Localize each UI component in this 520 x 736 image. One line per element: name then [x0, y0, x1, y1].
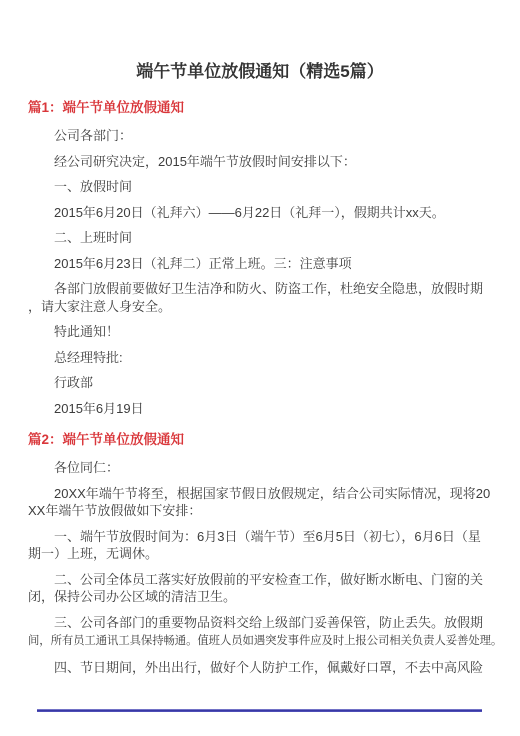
paragraph: 总经理特批: — [28, 349, 508, 367]
document-title: 端午节单位放假通知（精选5篇） — [0, 0, 520, 85]
document-page: 端午节单位放假通知（精选5篇） 篇1：端午节单位放假通知 公司各部门： 经公司研… — [0, 0, 520, 736]
document-content: 篇1：端午节单位放假通知 公司各部门： 经公司研究决定，2015年端午节放假时间… — [0, 99, 520, 676]
paragraph: 行政部 — [28, 374, 508, 392]
paragraph: 各位同仁： — [28, 459, 508, 477]
paragraph: 三、公司各部门的重要物品资料交给上级部门妥善保管，防止丢失。放假期间，所有员工通… — [28, 614, 508, 651]
paragraph: 各部门放假前要做好卫生洁净和防火、防盗工作，杜绝安全隐患，放假时期 ，请大家注意… — [28, 280, 508, 315]
paragraph-line: 间，所有员工通讯工具保持畅通。值班人员如遇突发事件应及时上报公司相关负责人妥善处… — [28, 635, 502, 647]
paragraph: 公司各部门： — [28, 127, 508, 145]
paragraph: 20XX年端午节将至，根据国家节假日放假规定，结合公司实际情况，现将20 XX年… — [28, 485, 508, 520]
article-1: 篇1：端午节单位放假通知 公司各部门： 经公司研究决定，2015年端午节放假时间… — [28, 99, 508, 417]
article-2-heading: 篇2：端午节单位放假通知 — [28, 431, 508, 448]
bottom-divider-line — [37, 709, 482, 712]
paragraph: 一、放假时间 — [28, 178, 508, 196]
paragraph: 二、公司全体员工落实好放假前的平安检查工作，做好断水断电、门窗的关 闭，保持公司… — [28, 571, 508, 606]
article-1-heading: 篇1：端午节单位放假通知 — [28, 99, 508, 116]
article-2: 篇2：端午节单位放假通知 各位同仁： 20XX年端午节将至，根据国家节假日放假规… — [28, 431, 508, 676]
paragraph: 2015年6月23日（礼拜二）正常上班。三：注意事项 — [28, 255, 508, 273]
paragraph-line: 三、公司各部门的重要物品资料交给上级部门妥善保管，防止丢失。放假期 — [54, 615, 483, 630]
paragraph: 四、节日期间，外出出行，做好个人防护工作，佩戴好口罩，不去中高风险 — [28, 659, 508, 677]
paragraph: 2015年6月19日 — [28, 400, 508, 418]
paragraph: 经公司研究决定，2015年端午节放假时间安排以下： — [28, 153, 508, 171]
paragraph: 2015年6月20日（礼拜六）——6月22日（礼拜一），假期共计xx天。 — [28, 204, 508, 222]
paragraph: 二、上班时间 — [28, 229, 508, 247]
paragraph: 一、端午节放假时间为：6月3日（端午节）至6月5日（初七），6月6日（星 期一）… — [28, 528, 508, 563]
paragraph: 特此通知！ — [28, 323, 508, 341]
